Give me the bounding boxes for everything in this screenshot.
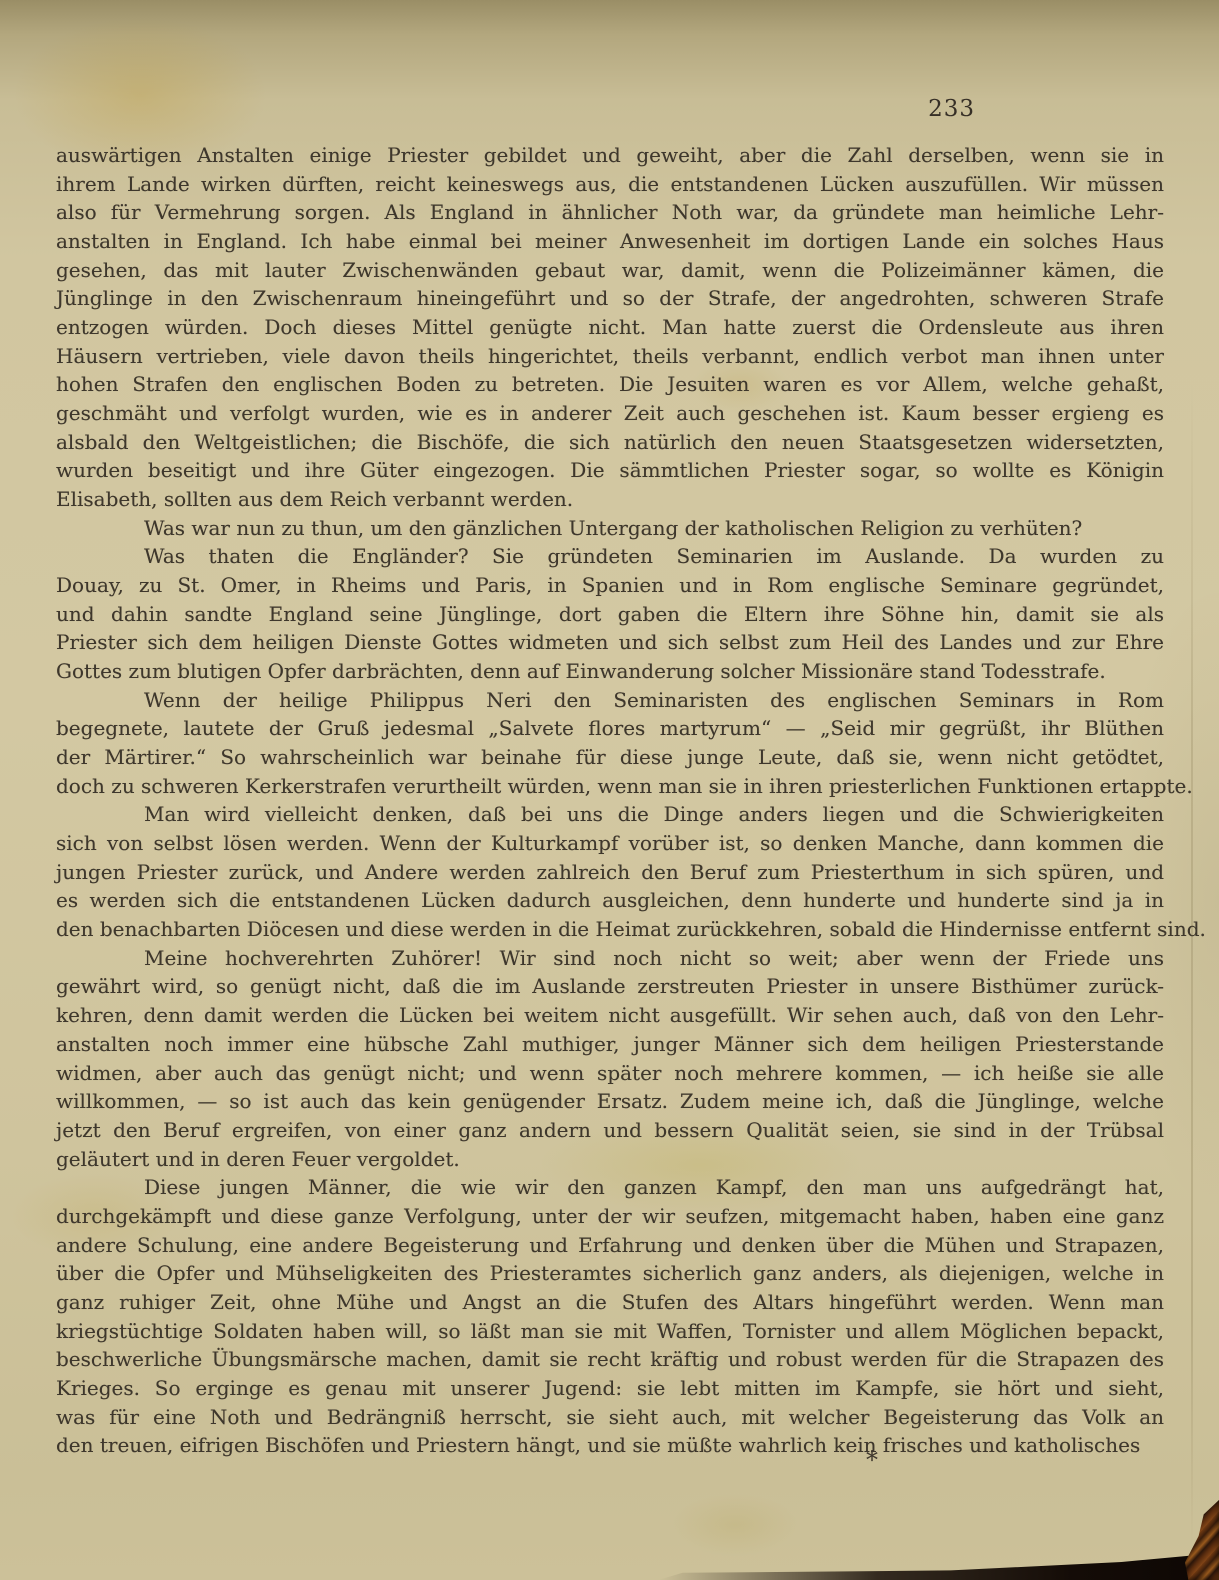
book-page-scan: { "page": { "number": "233", "footer_mar…	[0, 0, 1219, 1580]
text-line: entzogen würden. Doch dieses Mittel genü…	[56, 313, 1164, 342]
text-line: was für eine Noth und Bedrängniß herrsch…	[56, 1403, 1164, 1432]
text-line: es werden sich die entstandenen Lücken d…	[56, 886, 1164, 915]
text-line: Gottes zum blutigen Opfer darbrächten, d…	[56, 657, 1164, 686]
text-line: Häusern vertrieben, viele davon theils h…	[56, 342, 1164, 371]
text-line: begegnete, lautete der Gruß jedesmal „Sa…	[56, 714, 1164, 743]
text-line: doch zu schweren Kerkerstrafen verurthei…	[56, 772, 1164, 801]
text-line: Priester sich dem heiligen Dienste Gotte…	[56, 628, 1164, 657]
page-edge-shadow	[1191, 380, 1193, 1550]
text-line: widmen, aber auch das genügt nicht; und …	[56, 1059, 1164, 1088]
text-line: kehren, denn damit werden die Lücken bei…	[56, 1001, 1164, 1030]
text-line: kriegstüchtige Soldaten haben will, so l…	[56, 1317, 1164, 1346]
text-line: geläutert und in deren Feuer vergoldet.	[56, 1145, 1164, 1174]
text-line: Elisabeth, sollten aus dem Reich verbann…	[56, 485, 1164, 514]
text-line: den treuen, eifrigen Bischöfen und Pries…	[56, 1431, 1164, 1460]
text-line: Man wird vielleicht denken, daß bei uns …	[56, 800, 1164, 829]
book-cover-corner	[1185, 1500, 1219, 1580]
text-line: Was thaten die Engländer? Sie gründeten …	[56, 542, 1164, 571]
scan-bottom-edge	[0, 1550, 1219, 1580]
text-line: Diese jungen Männer, die wie wir den gan…	[56, 1173, 1164, 1202]
text-line: Douay, zu St. Omer, in Rheims und Paris,…	[56, 571, 1164, 600]
text-line: Meine hochverehrten Zuhörer! Wir sind no…	[56, 944, 1164, 973]
text-line: über die Opfer und Mühseligkeiten des Pr…	[56, 1259, 1164, 1288]
text-line: und dahin sandte England seine Jünglinge…	[56, 600, 1164, 629]
page-number: 233	[928, 96, 975, 122]
text-line: alsbald den Weltgeistlichen; die Bischöf…	[56, 428, 1164, 457]
text-line: anstalten in England. Ich habe einmal be…	[56, 227, 1164, 256]
text-line: ganz ruhiger Zeit, ohne Mühe und Angst a…	[56, 1288, 1164, 1317]
text-line: gewährt wird, so genügt nicht, daß die i…	[56, 972, 1164, 1001]
text-line: sich von selbst lösen werden. Wenn der K…	[56, 829, 1164, 858]
text-line: andere Schulung, eine andere Begeisterun…	[56, 1231, 1164, 1260]
text-line: geschmäht und verfolgt wurden, wie es in…	[56, 399, 1164, 428]
text-line: gesehen, das mit lauter Zwischenwänden g…	[56, 256, 1164, 285]
text-line: Krieges. So erginge es genau mit unserer…	[56, 1374, 1164, 1403]
footnote-asterisk: *	[866, 1446, 878, 1474]
text-line: wurden beseitigt und ihre Güter eingezog…	[56, 456, 1164, 485]
text-block: auswärtigen Anstalten einige Priester ge…	[56, 141, 1164, 1460]
text-line: Jünglinge in den Zwischenraum hineingefü…	[56, 284, 1164, 313]
text-line: auswärtigen Anstalten einige Priester ge…	[56, 141, 1164, 170]
text-line: also für Vermehrung sorgen. Als England …	[56, 198, 1164, 227]
text-line: ihrem Lande wirken dürften, reicht keine…	[56, 170, 1164, 199]
text-line: anstalten noch immer eine hübsche Zahl m…	[56, 1030, 1164, 1059]
text-line: jungen Priester zurück, und Andere werde…	[56, 858, 1164, 887]
text-line: Wenn der heilige Philippus Neri den Semi…	[56, 686, 1164, 715]
text-line: den benachbarten Diöcesen und diese werd…	[56, 915, 1164, 944]
text-line: beschwerliche Übungsmärsche machen, dami…	[56, 1345, 1164, 1374]
text-line: der Märtirer.“ So wahrscheinlich war bei…	[56, 743, 1164, 772]
text-line: jetzt den Beruf ergreifen, von einer gan…	[56, 1116, 1164, 1145]
text-line: Was war nun zu thun, um den gänzlichen U…	[56, 514, 1164, 543]
text-line: hohen Strafen den englischen Boden zu be…	[56, 370, 1164, 399]
text-line: durchgekämpft und diese ganze Verfolgung…	[56, 1202, 1164, 1231]
text-line: willkommen, — so ist auch das kein genüg…	[56, 1087, 1164, 1116]
